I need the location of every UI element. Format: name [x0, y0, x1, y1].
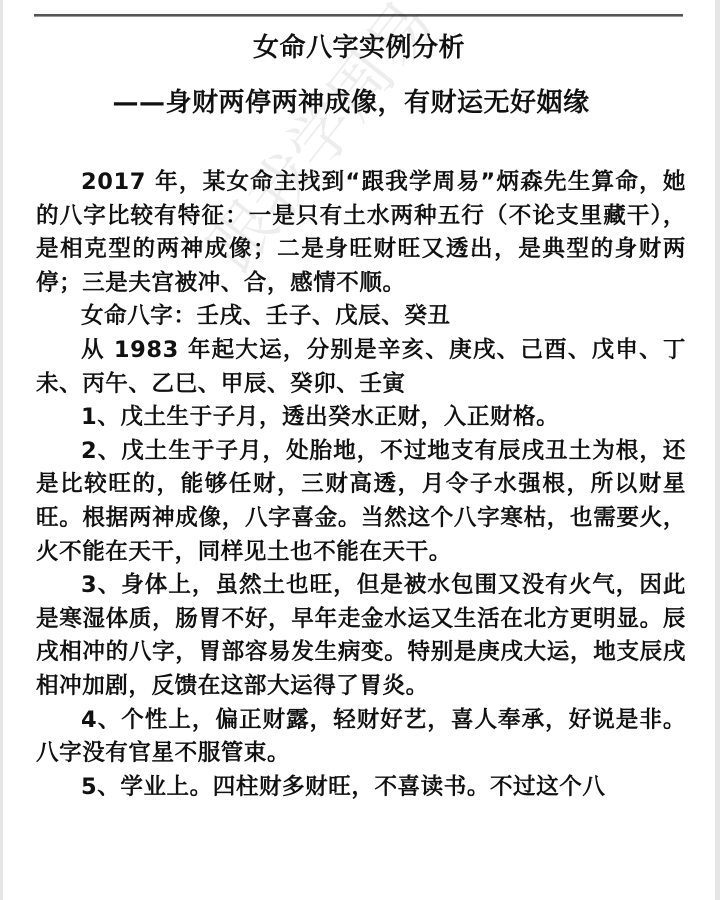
paragraph-bazi: 女命八字：壬戌、壬子、戊辰、癸丑 — [36, 300, 686, 334]
paragraph-point-3: 3、身体上，虽然土也旺，但是被水包围又没有火气，因此是寒湿体质，肠胃不好，早年走… — [36, 569, 686, 703]
page-subtitle: ——身财两停两神成像，有财运无好姻缘 — [0, 82, 707, 119]
article-body: 2017 年，某女命主找到“跟我学周易”炳森先生算命，她的八字比较有特征：一是只… — [36, 166, 686, 804]
paragraph-point-1: 1、戊土生于子月，透出癸水正财，入正财格。 — [36, 401, 686, 435]
paragraph-point-4: 4、个性上，偏正财露，轻财好艺，喜人奉承，好说是非。八字没有官星不服管束。 — [36, 704, 686, 771]
paragraph-intro: 2017 年，某女命主找到“跟我学周易”炳森先生算命，她的八字比较有特征：一是只… — [36, 166, 686, 300]
paragraph-point-5: 5、学业上。四柱财多财旺，不喜读书。不过这个八 — [36, 771, 686, 805]
paragraph-dayun: 从 1983 年起大运，分别是辛亥、庚戌、己酉、戊申、丁未、丙午、乙巳、甲辰、癸… — [36, 334, 686, 401]
page-title: 女命八字实例分析 — [3, 27, 715, 64]
paragraph-point-2: 2、戊土生于子月，处胎地，不过地支有辰戌丑土为根，还是比较旺的，能够任财，三财高… — [36, 435, 686, 569]
document-page: 女命八字实例分析 ——身财两停两神成像，有财运无好姻缘 跟我学周易 2017 年… — [3, 0, 715, 900]
top-rule — [34, 14, 683, 17]
